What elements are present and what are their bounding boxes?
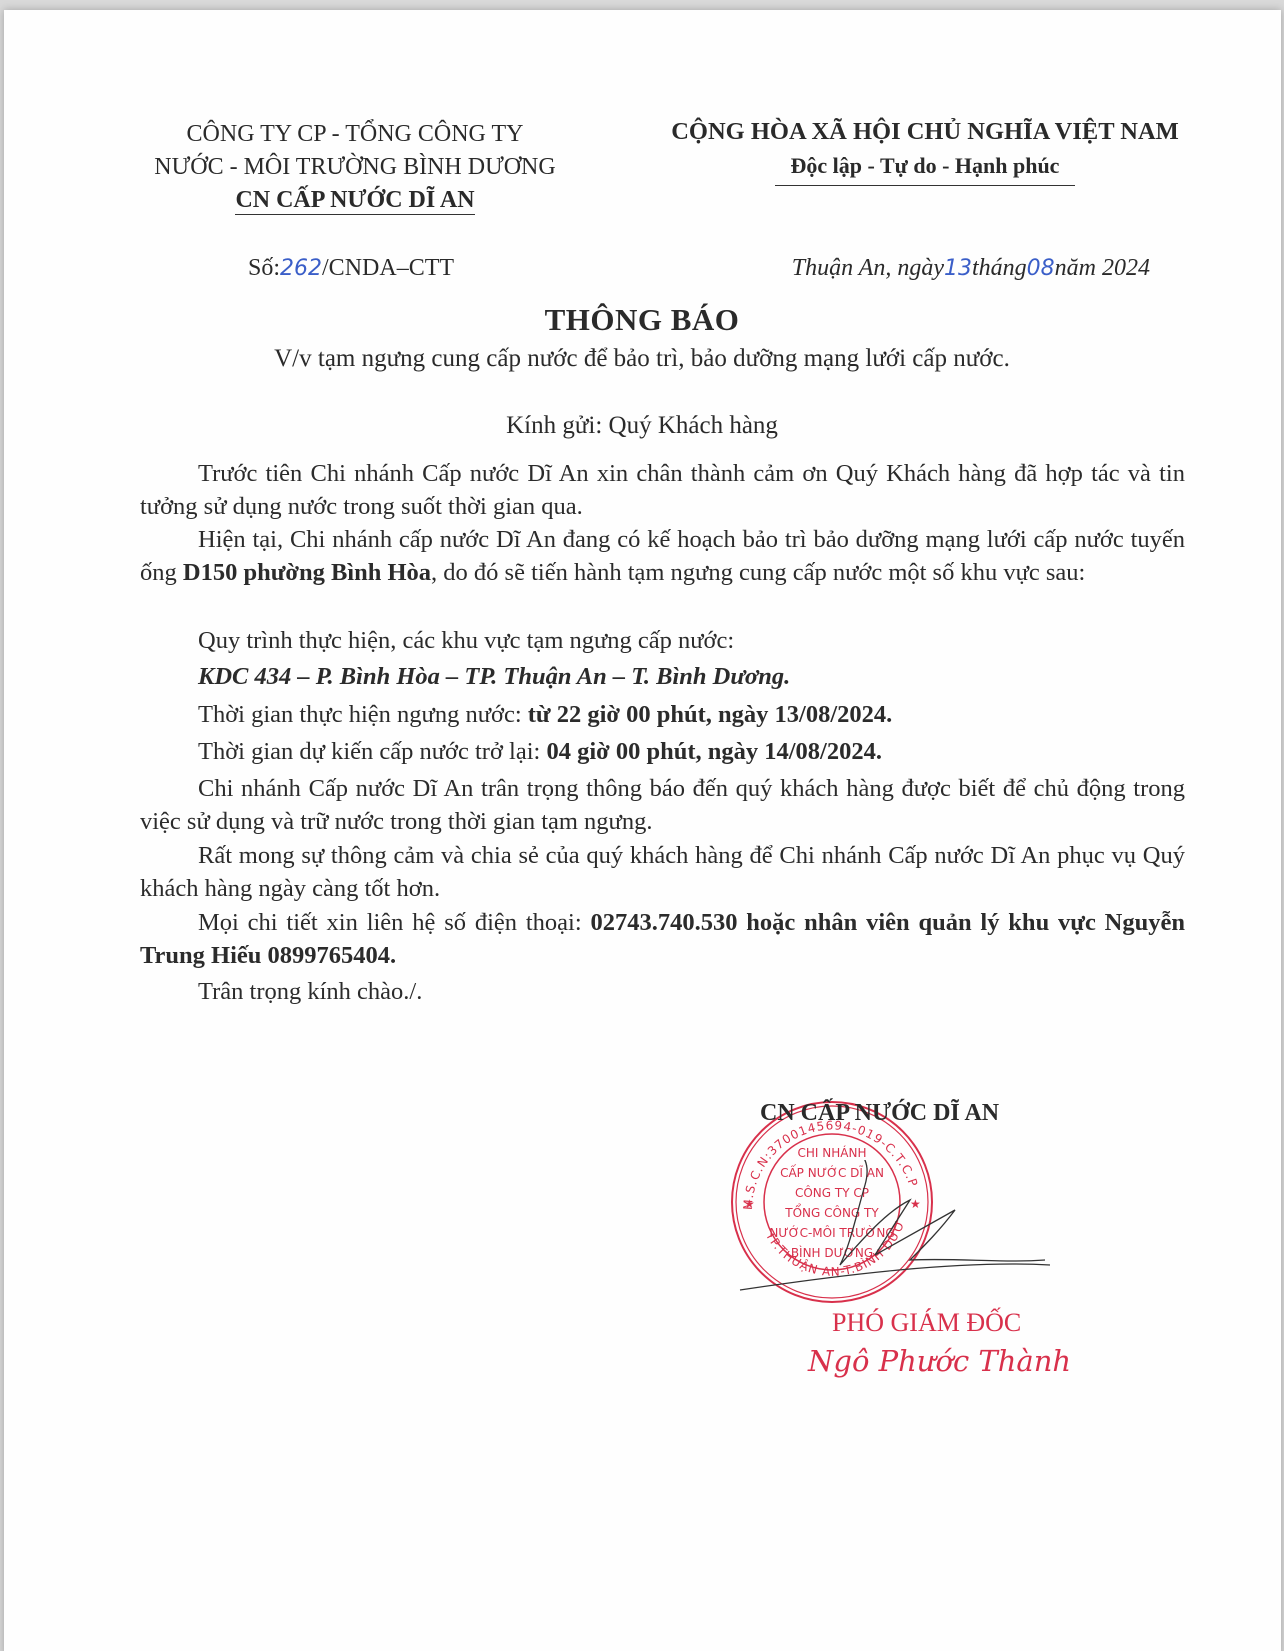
org-line-2: NƯỚC - MÔI TRƯỜNG BÌNH DƯƠNG (120, 151, 590, 184)
paragraph-text: Hiện tại, Chi nhánh cấp nước Dĩ An đang … (140, 523, 1185, 589)
pipeline-location: D150 phường Bình Hòa (183, 559, 431, 586)
org-branch: CN CẤP NƯỚC DĨ AN (235, 186, 474, 215)
procedure-text: Quy trình thực hiện, các khu vực tạm ngư… (140, 624, 1185, 657)
paragraph-thanks: Trước tiên Chi nhánh Cấp nước Dĩ An xin … (140, 457, 1185, 523)
resume-time: Thời gian dự kiến cấp nước trở lại: 04 g… (140, 735, 1185, 768)
document-title: THÔNG BÁO (0, 302, 1284, 338)
org-line-1: CÔNG TY CP - TỔNG CÔNG TY (120, 118, 590, 151)
stop-time-label: Thời gian thực hiện ngưng nước: (198, 701, 528, 728)
paragraph-plan: Hiện tại, Chi nhánh cấp nước Dĩ An đang … (140, 523, 1185, 589)
date-month: 08 (1027, 256, 1055, 281)
year-label: năm 2024 (1055, 255, 1150, 281)
national-motto: Độc lập - Tự do - Hạnh phúc (640, 149, 1210, 183)
doc-number-handwritten: 262 (280, 256, 322, 281)
affected-area-text: KDC 434 – P. Bình Hòa – TP. Thuận An – T… (140, 660, 1185, 693)
svg-text:CHI NHÁNH: CHI NHÁNH (798, 1145, 867, 1160)
place-date: Thuận An, ngày13tháng08năm 2024 (792, 255, 1150, 282)
resume-time-value: 04 giờ 00 phút, ngày 14/08/2024. (546, 738, 882, 765)
contact-label: Mọi chi tiết xin liên hệ số điện thoại: (198, 909, 590, 936)
signer-name: Ngô Phước Thành (808, 1344, 1071, 1378)
signing-branch: CN CẤP NƯỚC DĨ AN (760, 1100, 999, 1127)
affected-area: KDC 434 – P. Bình Hòa – TP. Thuận An – T… (140, 660, 1185, 693)
document-subject: V/v tạm ngưng cung cấp nước để bảo trì, … (0, 345, 1284, 373)
resume-time-label: Thời gian dự kiến cấp nước trở lại: (198, 738, 546, 765)
greeting: Kính gửi: Quý Khách hàng (0, 412, 1284, 440)
doc-number-suffix: /CNDA–CTT (322, 255, 454, 281)
paragraph-apology: Rất mong sự thông cảm và chia sẻ của quý… (140, 839, 1185, 905)
stop-time: Thời gian thực hiện ngưng nước: từ 22 gi… (140, 698, 1185, 731)
document-number: Số:262/CNDA–CTT (248, 255, 454, 282)
month-label: tháng (972, 255, 1027, 281)
closing: Trân trọng kính chào./. (140, 975, 1185, 1008)
date-day: 13 (944, 256, 972, 281)
doc-number-prefix: Số: (248, 255, 280, 281)
handwritten-signature (700, 1160, 1120, 1300)
signer-title: PHÓ GIÁM ĐỐC (832, 1308, 1021, 1338)
place: Thuận An, ngày (792, 255, 944, 281)
paragraph-text: Chi nhánh Cấp nước Dĩ An trân trọng thôn… (140, 772, 1185, 838)
paragraph-text: Rất mong sự thông cảm và chia sẻ của quý… (140, 839, 1185, 905)
national-header: CỘNG HÒA XÃ HỘI CHỦ NGHĨA VIỆT NAM Độc l… (640, 115, 1210, 186)
stop-time-value: từ 22 giờ 00 phút, ngày 13/08/2024. (528, 701, 893, 728)
procedure-line: Quy trình thực hiện, các khu vực tạm ngư… (140, 624, 1185, 657)
plan-text-end: , do đó sẽ tiến hành tạm ngưng cung cấp … (431, 559, 1085, 586)
paragraph-contact: Mọi chi tiết xin liên hệ số điện thoại: … (140, 906, 1185, 972)
paragraph-notice: Chi nhánh Cấp nước Dĩ An trân trọng thôn… (140, 772, 1185, 838)
nation-name: CỘNG HÒA XÃ HỘI CHỦ NGHĨA VIỆT NAM (640, 115, 1210, 149)
paragraph-text: Trước tiên Chi nhánh Cấp nước Dĩ An xin … (140, 457, 1185, 523)
closing-text: Trân trọng kính chào./. (140, 975, 1185, 1008)
issuing-organization: CÔNG TY CP - TỔNG CÔNG TY NƯỚC - MÔI TRƯ… (120, 118, 590, 217)
motto-underline (775, 185, 1075, 186)
